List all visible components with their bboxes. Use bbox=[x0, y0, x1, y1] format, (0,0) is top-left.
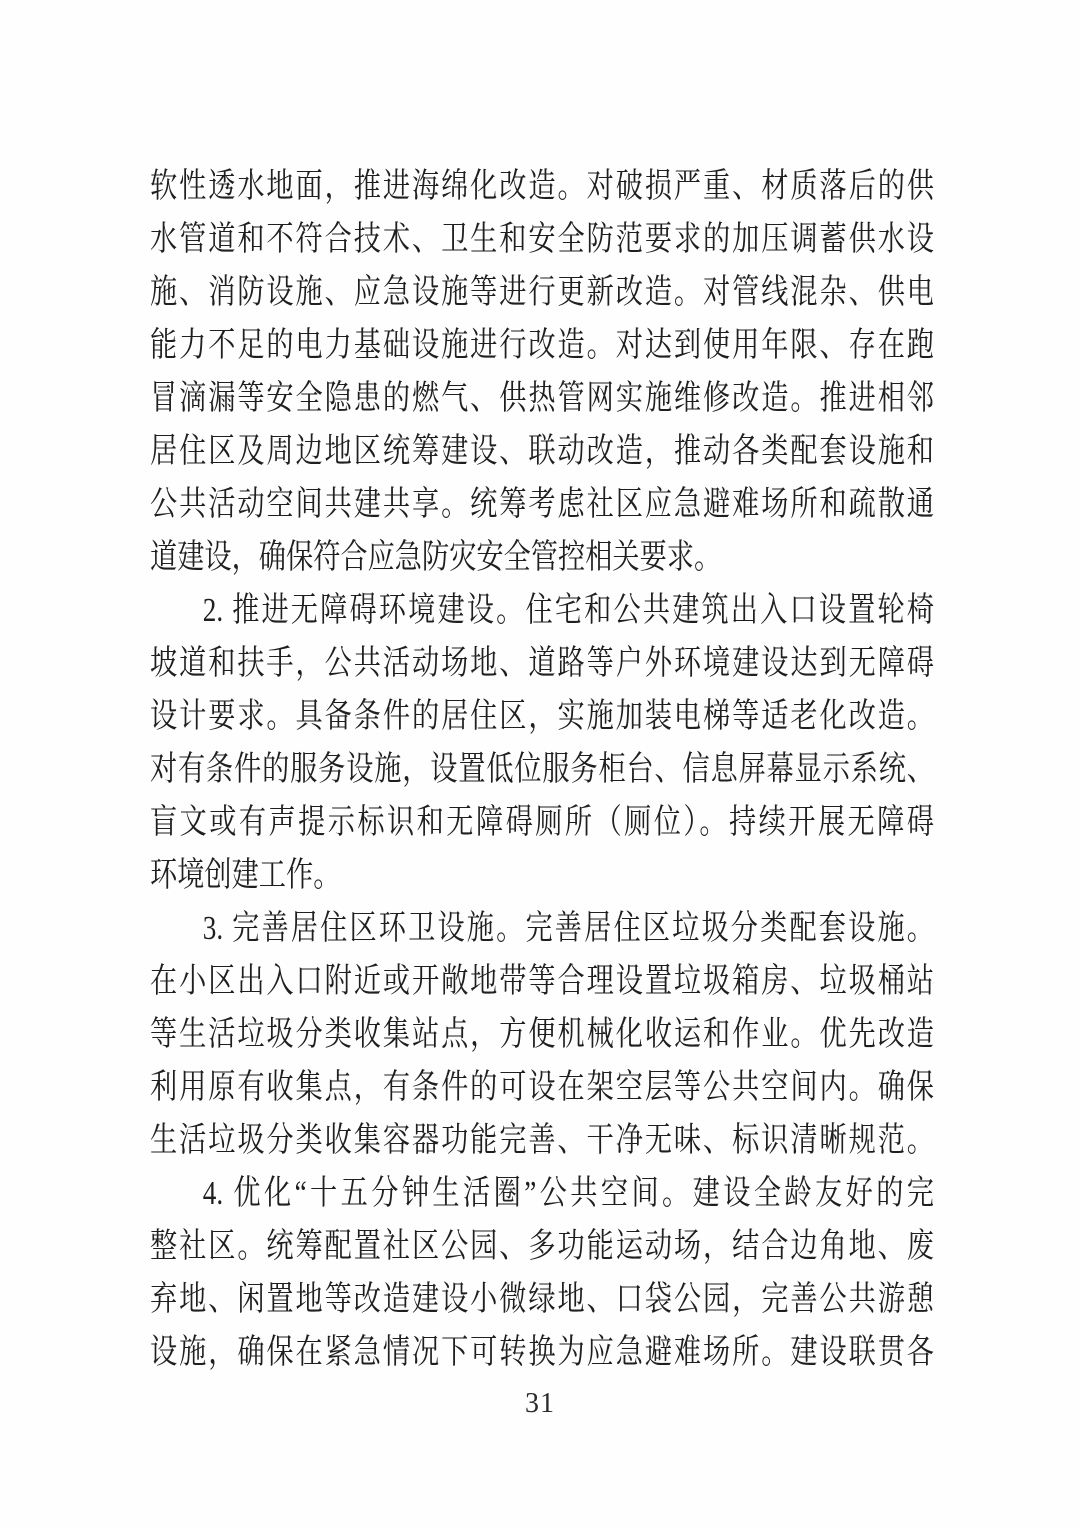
text-line: 冒滴漏等安全隐患的燃气、供热管网实施维修改造。推进相邻 bbox=[150, 372, 934, 425]
text-line: 设施，确保在紧急情况下可转换为应急避难场所。建设联贯各 bbox=[150, 1326, 934, 1379]
text-line: 生活垃圾分类收集容器功能完善、干净无味、标识清晰规范。 bbox=[150, 1114, 934, 1167]
text-line: 盲文或有声提示标识和无障碍厕所（厕位）。持续开展无障碍 bbox=[150, 796, 934, 849]
text-line: 能力不足的电力基础设施进行改造。对达到使用年限、存在跑 bbox=[150, 319, 934, 372]
page-number: 31 bbox=[0, 1388, 1080, 1420]
document-body: 软性透水地面，推进海绵化改造。对破损严重、材质落后的供 水管道和不符合技术、卫生… bbox=[150, 160, 934, 1379]
text-line: 居住区及周边地区统筹建设、联动改造，推动各类配套设施和 bbox=[150, 425, 934, 478]
text-line: 利用原有收集点，有条件的可设在架空层等公共空间内。确保 bbox=[150, 1061, 934, 1114]
text-line: 环境创建工作。 bbox=[150, 849, 934, 902]
text-line: 在小区出入口附近或开敞地带等合理设置垃圾箱房、垃圾桶站 bbox=[150, 955, 934, 1008]
text-line: 坡道和扶手，公共活动场地、道路等户外环境建设达到无障碍 bbox=[150, 637, 934, 690]
paragraph-start-line: 4. 优化“十五分钟生活圈”公共空间。建设全龄友好的完 bbox=[150, 1167, 934, 1220]
text-line: 道建设，确保符合应急防灾安全管控相关要求。 bbox=[150, 531, 934, 584]
text-line: 软性透水地面，推进海绵化改造。对破损严重、材质落后的供 bbox=[150, 160, 934, 213]
paragraph-start-line: 3. 完善居住区环卫设施。完善居住区垃圾分类配套设施。 bbox=[150, 902, 934, 955]
text-line: 设计要求。具备条件的居住区，实施加装电梯等适老化改造。 bbox=[150, 690, 934, 743]
text-line: 弃地、闲置地等改造建设小微绿地、口袋公园，完善公共游憩 bbox=[150, 1273, 934, 1326]
paragraph-start-line: 2. 推进无障碍环境建设。住宅和公共建筑出入口设置轮椅 bbox=[150, 584, 934, 637]
text-line: 公共活动空间共建共享。统筹考虑社区应急避难场所和疏散通 bbox=[150, 478, 934, 531]
text-line: 水管道和不符合技术、卫生和安全防范要求的加压调蓄供水设 bbox=[150, 213, 934, 266]
text-line: 整社区。统筹配置社区公园、多功能运动场，结合边角地、废 bbox=[150, 1220, 934, 1273]
text-line: 对有条件的服务设施，设置低位服务柜台、信息屏幕显示系统、 bbox=[150, 743, 934, 796]
text-line: 等生活垃圾分类收集站点，方便机械化收运和作业。优先改造 bbox=[150, 1008, 934, 1061]
document-page: 软性透水地面，推进海绵化改造。对破损严重、材质落后的供 水管道和不符合技术、卫生… bbox=[0, 0, 1080, 1527]
text-line: 施、消防设施、应急设施等进行更新改造。对管线混杂、供电 bbox=[150, 266, 934, 319]
